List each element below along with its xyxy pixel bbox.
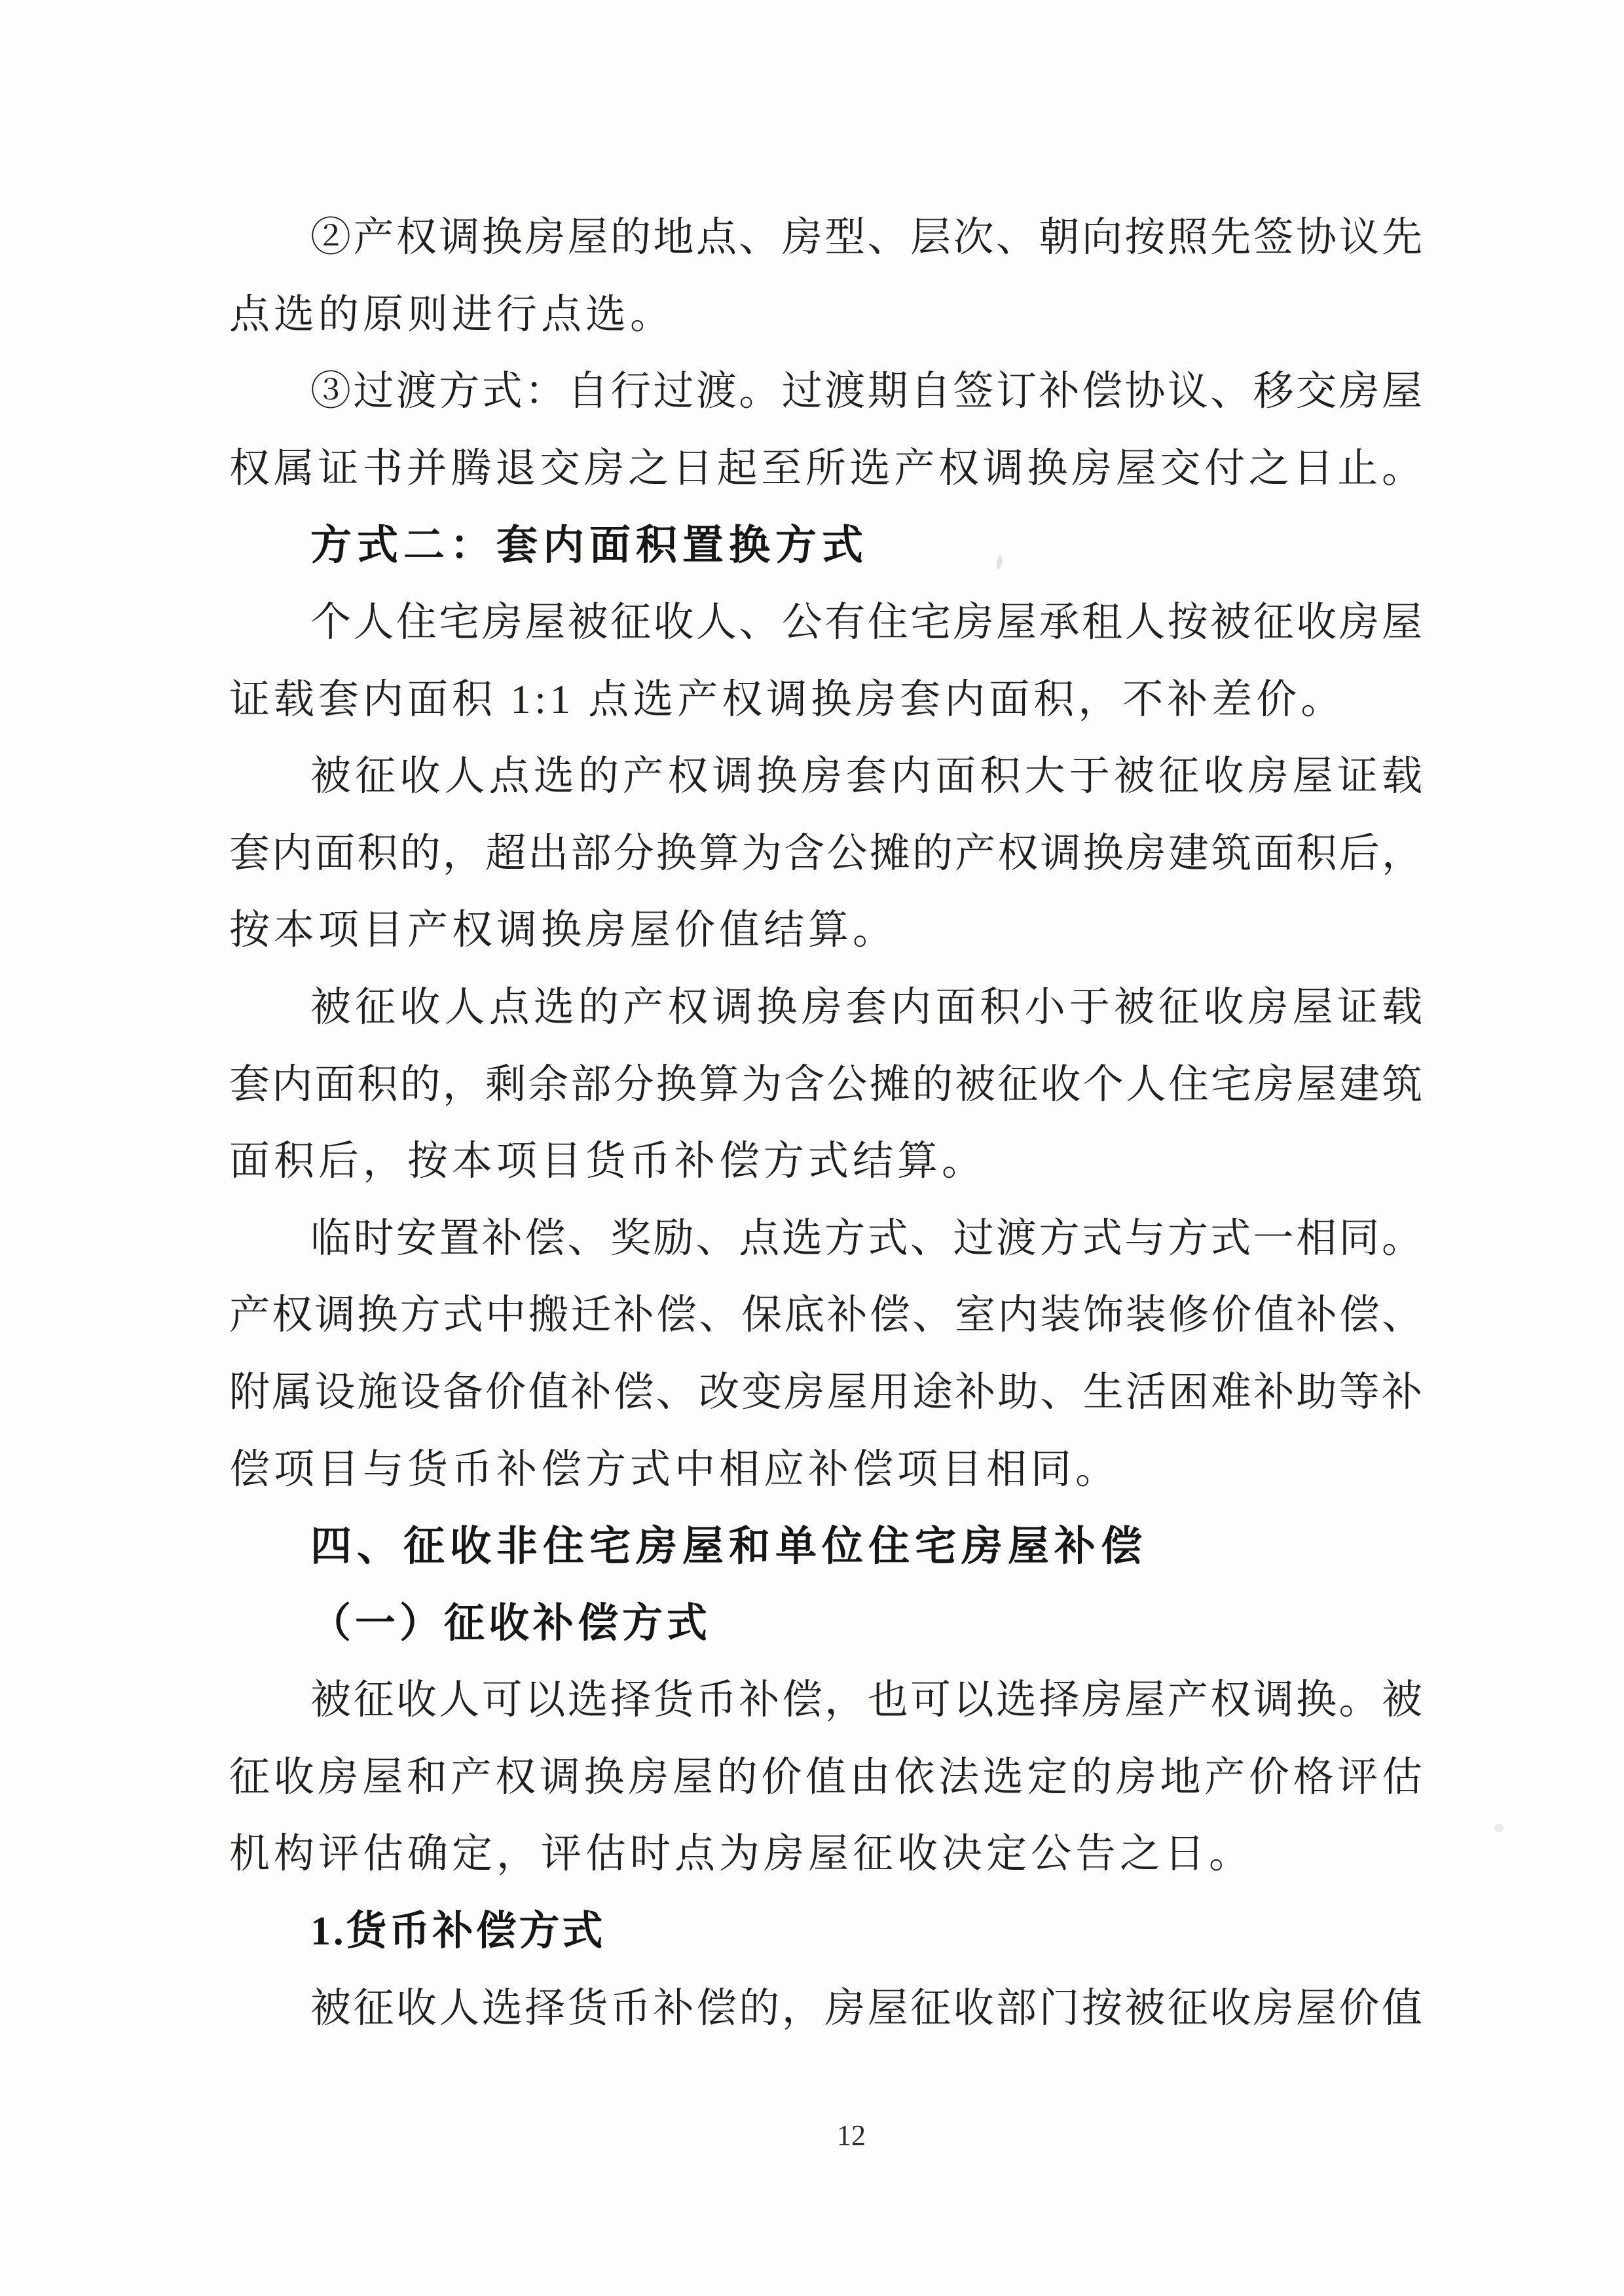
text-line: 被征收人点选的产权调换房套内面积大于被征收房屋证载 [229,738,1422,816]
text-line: 被征收人可以选择货币补偿，也可以选择房屋产权调换。被 [229,1662,1422,1740]
page-number: 12 [805,2116,897,2155]
subsection-heading-monetary: 1.货币补偿方式 [229,1893,1422,1971]
text-line: ③过渡方式：自行过渡。过渡期自签订补偿协议、移交房屋 [229,354,1422,431]
section-heading-four: 四、征收非住宅房屋和单位住宅房屋补偿 [229,1508,1422,1586]
text-line: 点选的原则进行点选。 [229,277,1422,354]
text-line: 附属设施设备价值补偿、改变房屋用途补助、生活困难补助等补 [229,1355,1422,1432]
text-line: 证载套内面积 1:1 点选产权调换房套内面积，不补差价。 [229,662,1422,739]
text-line: 机构评估确定，评估时点为房屋征收决定公告之日。 [229,1816,1422,1893]
text-line: 套内面积的，超出部分换算为含公摊的产权调换房建筑面积后， [229,816,1422,893]
scan-artifact [1494,1824,1504,1832]
text-line: 被征收人点选的产权调换房套内面积小于被征收房屋证载 [229,970,1422,1047]
text-line: 征收房屋和产权调换房屋的价值由依法选定的房地产价格评估 [229,1740,1422,1817]
subsection-heading-one: （一）征收补偿方式 [229,1586,1422,1663]
text-block: ②产权调换房屋的地点、房型、层次、朝向按照先签协议先 点选的原则进行点选。 ③过… [229,200,1422,2047]
text-line: 套内面积的，剩余部分换算为含公摊的被征收个人住宅房屋建筑 [229,1047,1422,1124]
text-line: 权属证书并腾退交房之日起至所选产权调换房屋交付之日止。 [229,431,1422,508]
text-line: 临时安置补偿、奖励、点选方式、过渡方式与方式一相同。 [229,1201,1422,1278]
text-line: 产权调换方式中搬迁补偿、保底补偿、室内装饰装修价值补偿、 [229,1277,1422,1355]
text-line: 个人住宅房屋被征收人、公有住宅房屋承租人按被征收房屋 [229,585,1422,662]
text-line: 按本项目产权调换房屋价值结算。 [229,892,1422,970]
section-heading-method-two: 方式二：套内面积置换方式 [229,507,1422,585]
text-line: 偿项目与货币补偿方式中相应补偿项目相同。 [229,1432,1422,1509]
text-line: ②产权调换房屋的地点、房型、层次、朝向按照先签协议先 [229,200,1422,277]
document-page: ②产权调换房屋的地点、房型、层次、朝向按照先签协议先 点选的原则进行点选。 ③过… [0,0,1624,2296]
text-line: 面积后，按本项目货币补偿方式结算。 [229,1123,1422,1201]
text-line: 被征收人选择货币补偿的，房屋征收部门按被征收房屋价值 [229,1971,1422,2048]
